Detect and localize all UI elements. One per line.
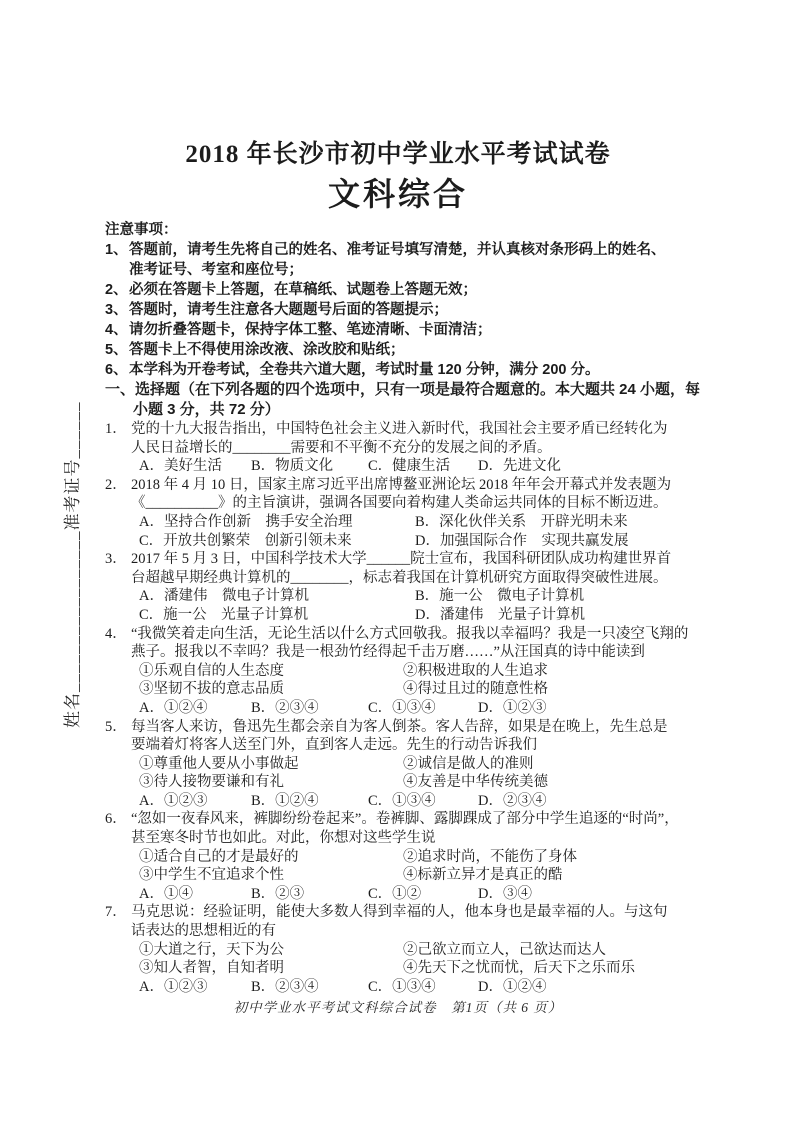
- question: 7．马克思说：经验证明，能使大多数人得到幸福的人，他本身也是最幸福的人。与这句话…: [105, 903, 691, 996]
- question-stem-line: 甚至寒冬时节也如此。对此，你想对这些学生说: [131, 829, 691, 848]
- answer-option: C．①③④: [368, 792, 478, 811]
- question-subitem: ②己欲立而立人，己欲达而达人: [403, 942, 606, 958]
- answer-option: C．健康生活: [368, 457, 478, 476]
- question-subitem: ②诚信是做人的准则: [403, 756, 534, 772]
- question-options-row: C．开放共创繁荣 创新引领未来D．加强国际合作 实现共赢发展: [131, 532, 691, 551]
- answer-option: D．①②③: [478, 699, 691, 718]
- notice-item-text: 答题卡上不得使用涂改液、涂改胶和贴纸；: [129, 342, 405, 358]
- question: 5．每当客人来访，鲁迅先生都会亲自为客人倒茶。客人告辞，如果是在晚上，先生总是要…: [105, 718, 691, 811]
- answer-option: A．①②③: [139, 792, 251, 811]
- notice-item-number: 3、: [105, 300, 129, 320]
- answer-option: A．美好生活: [139, 457, 251, 476]
- question-stem-line: 2．2018 年 4 月 10 日，国家主席习近平出席博鳌亚洲论坛 2018 年…: [131, 476, 691, 495]
- question-subitems-row: ③知人者智，自知者明④先天下之忧而忧，后天下之乐而乐: [131, 959, 691, 978]
- question: 1．党的十九大报告指出，中国特色社会主义进入新时代，我国社会主要矛盾已经转化为人…: [105, 420, 691, 476]
- notice-item-number: 2、: [105, 280, 129, 300]
- question-stem-line: 5．每当客人来访，鲁迅先生都会亲自为客人倒茶。客人告辞，如果是在晚上，先生总是: [131, 718, 691, 737]
- question-number: 5．: [105, 718, 131, 737]
- answer-option: B．施一公 微电子计算机: [415, 587, 691, 606]
- question-stem-line: 《__________》的主旨演讲，强调各国要向着构建人类命运共同体的目标不断迈…: [131, 494, 691, 513]
- page-content: 2018 年长沙市初中学业水平考试试卷 文科综合 注意事项： 1、答题前，请考生…: [105, 142, 691, 1016]
- notice-item-text: 准考证号、考室和座位号；: [105, 260, 691, 280]
- answer-option: A．①④: [139, 885, 251, 904]
- notice-heading: 注意事项：: [105, 220, 691, 240]
- question-number: 4．: [105, 625, 131, 644]
- question-subitems-row: ①大道之行，天下为公②己欲立而立人，己欲达而达人: [131, 941, 691, 960]
- notice-item-text: 本学科为开卷考试，全卷共六道大题，考试时量 120 分钟，满分 200 分。: [129, 362, 600, 378]
- answer-option: A．①②④: [139, 699, 251, 718]
- question: 4．“我微笑着走向生活，无论生活以什么方式回敬我。报我以幸福吗？我是一只凌空飞翔…: [105, 625, 691, 718]
- question-stem-line: 话表达的思想相近的有: [131, 922, 691, 941]
- question-list: 1．党的十九大报告指出，中国特色社会主义进入新时代，我国社会主要矛盾已经转化为人…: [105, 420, 691, 996]
- answer-option: A．潘建伟 微电子计算机: [139, 587, 415, 606]
- question-options-row: A．①②④B．②③④C．①③④D．①②③: [131, 699, 691, 718]
- question-stem-line: 燕子。报我以不幸吗？我是一根劲竹经得起千击万磨……”从汪国真的诗中能读到: [131, 643, 691, 662]
- notice-item: 6、本学科为开卷考试，全卷共六道大题，考试时量 120 分钟，满分 200 分。: [105, 360, 691, 380]
- answer-option: B．②③④: [251, 699, 368, 718]
- notice-item-number: 4、: [105, 320, 129, 340]
- question-subitems-row: ①乐观自信的人生态度②积极进取的人生追求: [131, 662, 691, 681]
- notice-item: 3、答题时，请考生注意各大题题号后面的答题提示；: [105, 300, 691, 320]
- section-heading-line-1: 一、选择题（在下列各题的四个选项中，只有一项是最符合题意的。本大题共 24 小题…: [105, 380, 691, 400]
- notice-item: 5、答题卡上不得使用涂改液、涂改胶和贴纸；: [105, 340, 691, 360]
- answer-option: C．施一公 光量子计算机: [139, 606, 415, 625]
- notice-item: 2、必须在答题卡上答题，在草稿纸、试题卷上答题无效；: [105, 280, 691, 300]
- answer-option: D．先进文化: [478, 457, 691, 476]
- notice-block: 注意事项： 1、答题前，请考生先将自己的姓名、准考证号填写清楚，并认真核对条形码…: [105, 220, 691, 380]
- question-stem-text: 马克思说：经验证明，能使大多数人得到幸福的人，他本身也是最幸福的人。与这句: [131, 904, 668, 920]
- exam-paper-page: 姓名_________________准考证号______ 2018 年长沙市初…: [0, 0, 793, 1122]
- question-number: 3．: [105, 550, 131, 569]
- question-stem-text: 每当客人来访，鲁迅先生都会亲自为客人倒茶。客人告辞，如果是在晚上，先生总是: [131, 719, 668, 735]
- question-subitem: ③中学生不宜追求个性: [139, 866, 403, 885]
- section-heading: 一、选择题（在下列各题的四个选项中，只有一项是最符合题意的。本大题共 24 小题…: [105, 380, 691, 420]
- question-subitem: ④友善是中华传统美德: [403, 774, 548, 790]
- question-options-row: A．①②③B．①②④C．①③④D．②③④: [131, 792, 691, 811]
- answer-option: C．①③④: [368, 699, 478, 718]
- question-stem-text: “忽如一夜春风来，裤脚纷纷卷起来”。卷裤脚、露脚踝成了部分中学生追逐的“时尚”，: [131, 811, 679, 827]
- question-subitem: ①乐观自信的人生态度: [139, 662, 403, 681]
- question-subitems-row: ③中学生不宜追求个性④标新立异才是真正的酷: [131, 866, 691, 885]
- answer-option: B．物质文化: [251, 457, 368, 476]
- question-subitem: ④先天下之忧而忧，后天下之乐而乐: [403, 960, 635, 976]
- question: 6．“忽如一夜春风来，裤脚纷纷卷起来”。卷裤脚、露脚踝成了部分中学生追逐的“时尚…: [105, 810, 691, 903]
- question-subitem: ①尊重他人要从小事做起: [139, 755, 403, 774]
- question-stem-line: 台超越早期经典计算机的________，标志着我国在计算机研究方面取得突破性进展…: [131, 569, 691, 588]
- question-subitem: ③坚韧不拔的意志品质: [139, 680, 403, 699]
- notice-item-text: 请勿折叠答题卡，保持字体工整、笔迹清晰、卡面清洁；: [129, 322, 492, 338]
- page-footer: 初中学业水平考试文科综合试卷 第1页（共 6 页）: [105, 1000, 691, 1016]
- notice-item-number: 5、: [105, 340, 129, 360]
- question-options-row: A．潘建伟 微电子计算机B．施一公 微电子计算机: [131, 587, 691, 606]
- answer-option: D．加强国际合作 实现共赢发展: [415, 532, 691, 551]
- question-options-row: A．①②③B．②③④C．①③④D．①②④: [131, 978, 691, 997]
- notice-item: 1、答题前，请考生先将自己的姓名、准考证号填写清楚，并认真核对条形码上的姓名、: [105, 240, 691, 260]
- question-subitem: ④得过且过的随意性格: [403, 681, 548, 697]
- question-stem-text: “我微笑着走向生活，无论生活以什么方式回敬我。报我以幸福吗？我是一只凌空飞翔的: [131, 626, 688, 642]
- notice-items: 1、答题前，请考生先将自己的姓名、准考证号填写清楚，并认真核对条形码上的姓名、准…: [105, 240, 691, 380]
- answer-option: B．①②④: [251, 792, 368, 811]
- answer-option: B．②③: [251, 885, 368, 904]
- notice-item-text: 必须在答题卡上答题，在草稿纸、试题卷上答题无效；: [129, 282, 477, 298]
- question-stem-line: 要端着灯将客人送至门外，直到客人走远。先生的行动告诉我们: [131, 736, 691, 755]
- notice-item-text: 答题前，请考生先将自己的姓名、准考证号填写清楚，并认真核对条形码上的姓名、: [129, 242, 666, 258]
- question-options-row: A．美好生活B．物质文化C．健康生活D．先进文化: [131, 457, 691, 476]
- question-number: 1．: [105, 420, 131, 439]
- exam-subject-title: 文科综合: [105, 176, 691, 212]
- question-subitem: ③知人者智，自知者明: [139, 959, 403, 978]
- answer-option: C．开放共创繁荣 创新引领未来: [139, 532, 415, 551]
- question-stem-text: 2018 年 4 月 10 日，国家主席习近平出席博鳌亚洲论坛 2018 年年会…: [131, 477, 671, 493]
- question-subitem: ①适合自己的才是最好的: [139, 848, 403, 867]
- answer-option: B．深化伙伴关系 开辟光明未来: [415, 513, 691, 532]
- question-subitem: ④标新立异才是真正的酷: [403, 867, 563, 883]
- question-stem-text: 2017 年 5 月 3 日，中国科学技术大学______院士宣布，我国科研团队…: [131, 551, 671, 567]
- question-number: 2．: [105, 476, 131, 495]
- question-subitems-row: ③待人接物要谦和有礼④友善是中华传统美德: [131, 773, 691, 792]
- question-number: 7．: [105, 903, 131, 922]
- question-subitem: ③待人接物要谦和有礼: [139, 773, 403, 792]
- question-stem-line: 1．党的十九大报告指出，中国特色社会主义进入新时代，我国社会主要矛盾已经转化为: [131, 420, 691, 439]
- answer-option: D．潘建伟 光量子计算机: [415, 606, 691, 625]
- notice-item: 4、请勿折叠答题卡，保持字体工整、笔迹清晰、卡面清洁；: [105, 320, 691, 340]
- notice-item-number: 1、: [105, 240, 129, 260]
- question-subitem: ②积极进取的人生追求: [403, 663, 548, 679]
- question-subitems-row: ③坚韧不拔的意志品质④得过且过的随意性格: [131, 680, 691, 699]
- notice-item-text: 答题时，请考生注意各大题题号后面的答题提示；: [129, 302, 448, 318]
- question-stem-line: 3．2017 年 5 月 3 日，中国科学技术大学______院士宣布，我国科研…: [131, 550, 691, 569]
- notice-item-number: 6、: [105, 360, 129, 380]
- question-stem-line: 7．马克思说：经验证明，能使大多数人得到幸福的人，他本身也是最幸福的人。与这句: [131, 903, 691, 922]
- question-stem-text: 党的十九大报告指出，中国特色社会主义进入新时代，我国社会主要矛盾已经转化为: [131, 421, 668, 437]
- question: 2．2018 年 4 月 10 日，国家主席习近平出席博鳌亚洲论坛 2018 年…: [105, 476, 691, 550]
- question-options-row: A．坚持合作创新 携手安全治理B．深化伙伴关系 开辟光明未来: [131, 513, 691, 532]
- answer-option: C．①③④: [368, 978, 478, 997]
- question-subitem: ②追求时尚，不能伤了身体: [403, 849, 577, 865]
- question-subitems-row: ①适合自己的才是最好的②追求时尚，不能伤了身体: [131, 848, 691, 867]
- answer-option: D．①②④: [478, 978, 691, 997]
- candidate-name-and-id-sideline: 姓名_________________准考证号______: [58, 378, 80, 728]
- answer-option: D．②③④: [478, 792, 691, 811]
- question-stem-line: 6．“忽如一夜春风来，裤脚纷纷卷起来”。卷裤脚、露脚踝成了部分中学生追逐的“时尚…: [131, 810, 691, 829]
- exam-title: 2018 年长沙市初中学业水平考试试卷: [105, 142, 691, 168]
- question-subitem: ①大道之行，天下为公: [139, 941, 403, 960]
- question-stem-line: 4．“我微笑着走向生活，无论生活以什么方式回敬我。报我以幸福吗？我是一只凌空飞翔…: [131, 625, 691, 644]
- question-options-row: A．①④B．②③C．①②D．③④: [131, 885, 691, 904]
- answer-option: B．②③④: [251, 978, 368, 997]
- question-options-row: C．施一公 光量子计算机D．潘建伟 光量子计算机: [131, 606, 691, 625]
- question-number: 6．: [105, 810, 131, 829]
- question: 3．2017 年 5 月 3 日，中国科学技术大学______院士宣布，我国科研…: [105, 550, 691, 624]
- question-stem-line: 人民日益增长的________需要和不平衡不充分的发展之间的矛盾。: [131, 439, 691, 458]
- answer-option: A．①②③: [139, 978, 251, 997]
- answer-option: C．①②: [368, 885, 478, 904]
- question-subitems-row: ①尊重他人要从小事做起②诚信是做人的准则: [131, 755, 691, 774]
- section-heading-line-2: 小题 3 分，共 72 分）: [105, 400, 691, 420]
- answer-option: A．坚持合作创新 携手安全治理: [139, 513, 415, 532]
- answer-option: D．③④: [478, 885, 691, 904]
